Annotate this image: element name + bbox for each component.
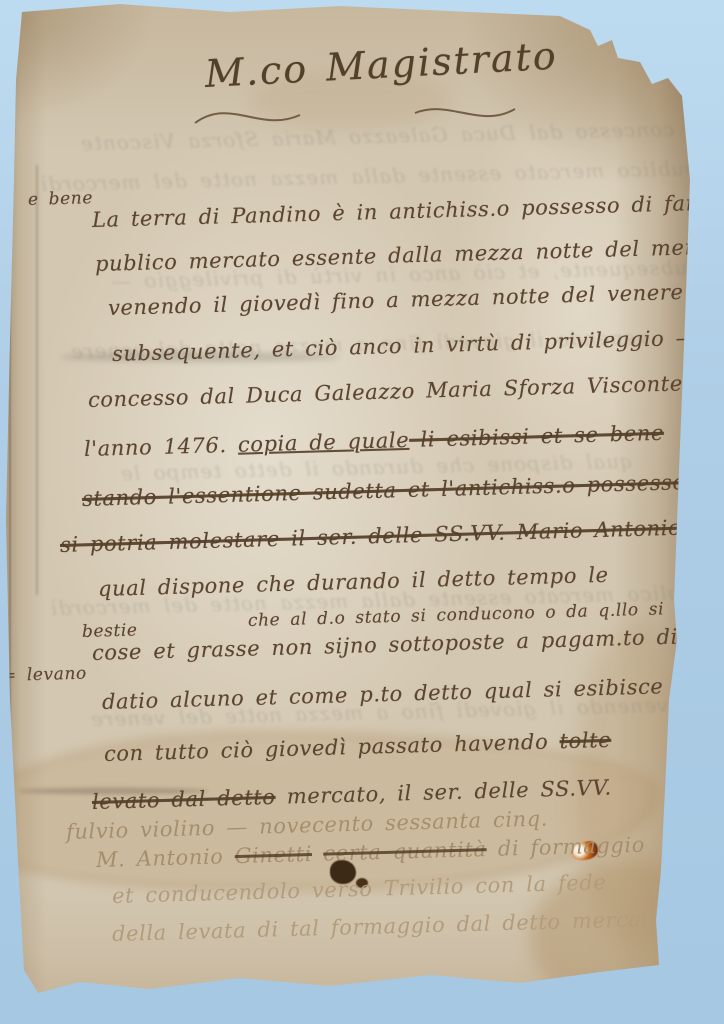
manuscript-line: si potria molestare il ser. delle SS.VV.… bbox=[60, 516, 682, 557]
struck-segment: si potria molestare il ser. delle SS.VV.… bbox=[60, 516, 682, 557]
struck-segment: li esibissi et se bene bbox=[409, 421, 664, 452]
manuscript-line: della levata di tal formaggio dal detto … bbox=[112, 907, 664, 946]
struck-segment: certa quantità bbox=[323, 837, 487, 866]
struck-segment: tolte bbox=[559, 728, 611, 753]
manuscript-line: et conducendolo verso Trivilio con la fe… bbox=[112, 870, 607, 908]
bleedthrough-line: publico mercato essente dalla mezza nott… bbox=[40, 156, 698, 196]
line-segment: di formaggio bbox=[486, 833, 645, 861]
line-segment: non bbox=[685, 469, 724, 494]
manuscript-line: cose et grasse non sijno sottoposte a pa… bbox=[92, 625, 679, 665]
line-segment: mercato, il ser. delle SS.VV. bbox=[275, 775, 612, 808]
document-heading: M.co Magistrato bbox=[204, 34, 559, 96]
margin-note: = levano bbox=[2, 664, 87, 686]
fold-crease bbox=[36, 165, 38, 595]
manuscript-line: La terra di Pandino è in antichiss.o pos… bbox=[92, 190, 724, 232]
struck-segment: levato dal detto bbox=[92, 785, 276, 814]
line-segment: l'anno 1476. bbox=[84, 433, 239, 461]
line-segment: M. Antonio bbox=[96, 844, 235, 872]
interlinear-note: bestie bbox=[82, 620, 138, 642]
line-segment: con tutto ciò giovedì passato havendo bbox=[104, 729, 560, 766]
photo-background: concesso dal Duca Galeazzo Maria Sforza … bbox=[0, 0, 724, 1024]
struck-segment: Ginetti bbox=[234, 842, 312, 868]
bleedthrough-line: concesso dal Duca Galeazzo Maria Sforza … bbox=[80, 117, 675, 156]
manuscript-page: concesso dal Duca Galeazzo Maria Sforza … bbox=[0, 0, 724, 1024]
margin-note: e bene bbox=[28, 188, 94, 210]
manuscript-line: con tutto ciò giovedì passato havendo to… bbox=[104, 728, 612, 766]
fold-crease bbox=[9, 10, 11, 970]
manuscript-line: concesso dal Duca Galeazzo Maria Sforza … bbox=[88, 371, 683, 412]
underlined-segment: copia de quale bbox=[238, 428, 410, 457]
